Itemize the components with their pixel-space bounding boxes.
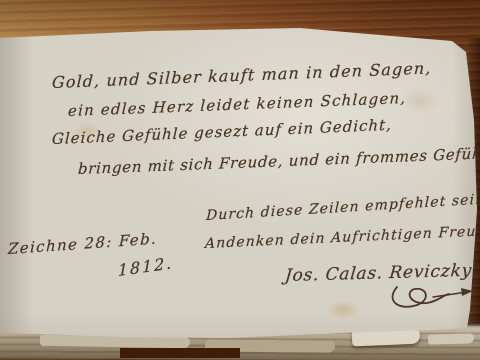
torn-page-edge [428, 333, 474, 344]
signature-flourish [383, 279, 475, 315]
photo-of-album-page: Gold, und Silber kauft man in den Sagen,… [0, 0, 480, 360]
dedication-line-2: Andenken dein Aufrichtigen Freund. [205, 222, 480, 252]
verse-line-1: Gold, und Silber kauft man in den Sagen, [52, 58, 432, 92]
manuscript-page: Gold, und Silber kauft man in den Sagen,… [0, 0, 480, 360]
date-year-line: 1812. [118, 253, 173, 280]
verse-line-4: bringen mit sich Freude, und ein frommes… [78, 144, 480, 178]
verse-line-3: Gleiche Gefühle gesezt auf ein Gedicht, [52, 116, 393, 148]
table-gap-shadow [120, 348, 240, 358]
verse-line-2: ein edles Herz leidet keinen Schlagen, [68, 89, 407, 120]
date-place-line: Zeichne 28: Feb. [8, 230, 158, 259]
paper-stain [326, 300, 360, 320]
dedication-line-1: Durch diese Zeilen empfehlet sein [206, 191, 480, 224]
